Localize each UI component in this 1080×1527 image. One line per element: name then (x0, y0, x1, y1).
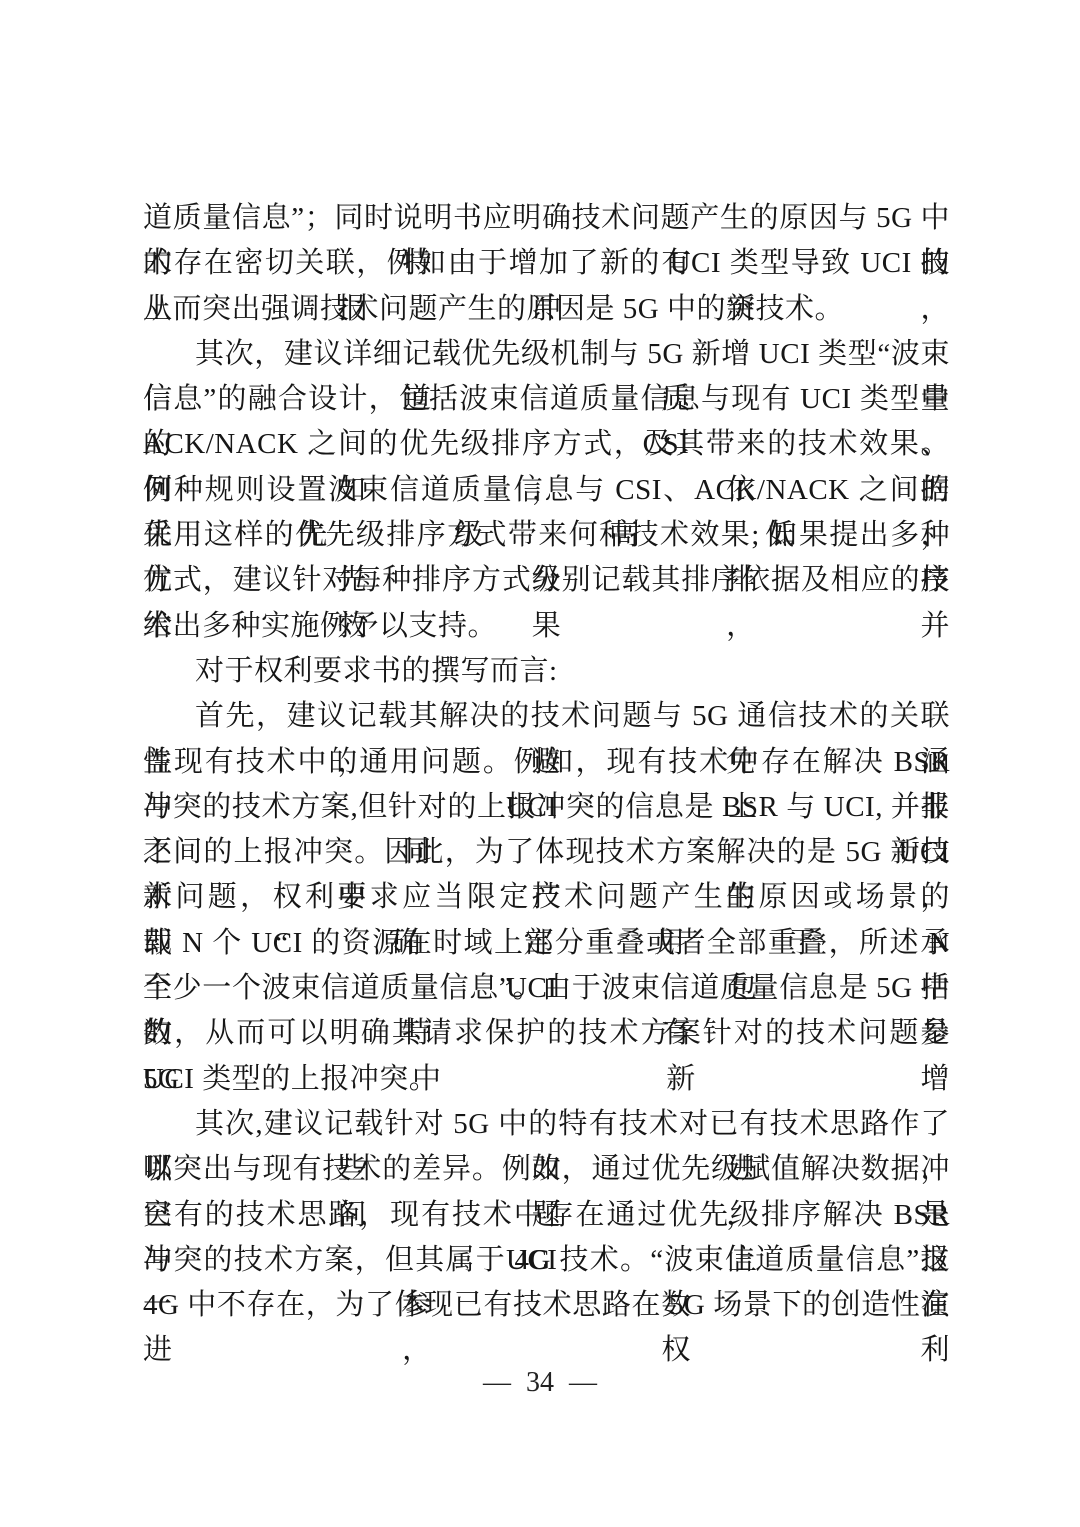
text-line: 道质量信息”；同时说明书应明确技术问题产生的原因与 5G 中的特有技 (143, 196, 950, 241)
text-line: 载 N 个 UCI 的资源在时域上部分重叠或者全部重叠，所述 N 个 UCI 包… (143, 921, 950, 966)
text-line: 从而突出强调技术问题产生的原因是 5G 中的新技术。 (143, 287, 950, 332)
text-line: 数，从而可以明确其请求保护的技术方案针对的技术问题是 5G 中新增 (143, 1011, 950, 1056)
text-line: 首先，建议记载其解决的技术问题与 5G 通信技术的关联性，避免涵 (143, 694, 950, 739)
paragraph: 其次，建议详细记载优先级机制与 5G 新增 UCI 类型“波束信道质量 信息”的… (143, 332, 950, 649)
text-line: 之间的上报冲突。因此，为了体现技术方案解决的是 5G 新技术中产生的 (143, 830, 950, 875)
text-line: 何种规则设置波束信道质量信息与 CSI、ACK/NACK 之间的优先级高低， (143, 468, 950, 513)
text-line: 冲突的技术方案，但其属于 4G 技术。“波束信道质量信息”这一参数在 (143, 1238, 950, 1283)
text-line: 信息”的融合设计，包括波束信道质量信息与现有 UCI 类型中的 CSI、 (143, 377, 950, 422)
text-line: 至少一个波束信道质量信息”。由于波束信道质量信息是 5G 中的特有参 (143, 966, 950, 1011)
text-line: 已有的技术思路，现有技术中存在通过优先级排序解决 BSR 与 UCI 上报 (143, 1193, 950, 1238)
text-line: 盖现有技术中的通用问题。例如，现有技术中存在解决 BSR 与 UCI 上报 (143, 740, 950, 785)
page-body-text: 道质量信息”；同时说明书应明确技术问题产生的原因与 5G 中的特有技 术存在密切… (143, 196, 950, 1328)
text-line: 方式，建议针对每种排序方式分别记载其排序依据及相应的技术效果，并 (143, 558, 950, 603)
paragraph: 道质量信息”；同时说明书应明确技术问题产生的原因与 5G 中的特有技 术存在密切… (143, 196, 950, 332)
text-line: 新问题，权利要求应当限定技术问题产生的原因或场景，即“确定用于承 (143, 875, 950, 920)
text-line: 对于权利要求书的撰写而言: (143, 649, 950, 694)
paragraph: 首先，建议记载其解决的技术问题与 5G 通信技术的关联性，避免涵 盖现有技术中的… (143, 694, 950, 1102)
text-line: 术存在密切关联，例如由于增加了新的 UCI 类型导致 UCI 的上报冲突， (143, 241, 950, 286)
text-line: 采用这样的优先级排序方式带来何种技术效果; 如果提出多种优先级排序 (143, 513, 950, 558)
text-line: 其次，建议详细记载优先级机制与 5G 新增 UCI 类型“波束信道质量 (143, 332, 950, 377)
document-page: 道质量信息”；同时说明书应明确技术问题产生的原因与 5G 中的特有技 术存在密切… (0, 0, 1080, 1527)
text-line: 4G 中不存在，为了体现已有技术思路在 5G 场景下的创造性演进，权利 (143, 1283, 950, 1328)
paragraph: 对于权利要求书的撰写而言: (143, 649, 950, 694)
text-line: 以突出与现有技术的差异。例如，通过优先级赋值解决数据冲突问题，是 (143, 1147, 950, 1192)
text-line: 冲突的技术方案,但针对的上报冲突的信息是 BSR 与 UCI, 并非不同 UCI (143, 785, 950, 830)
text-line: 其次,建议记载针对 5G 中的特有技术对已有技术思路作了哪些改进， (143, 1102, 950, 1147)
text-line: ACK/NACK 之间的优先级排序方式，及其带来的技术效果。例如，依据 (143, 422, 950, 467)
paragraph: 其次,建议记载针对 5G 中的特有技术对已有技术思路作了哪些改进， 以突出与现有… (143, 1102, 950, 1328)
page-number: — 34 — (0, 1366, 1080, 1400)
